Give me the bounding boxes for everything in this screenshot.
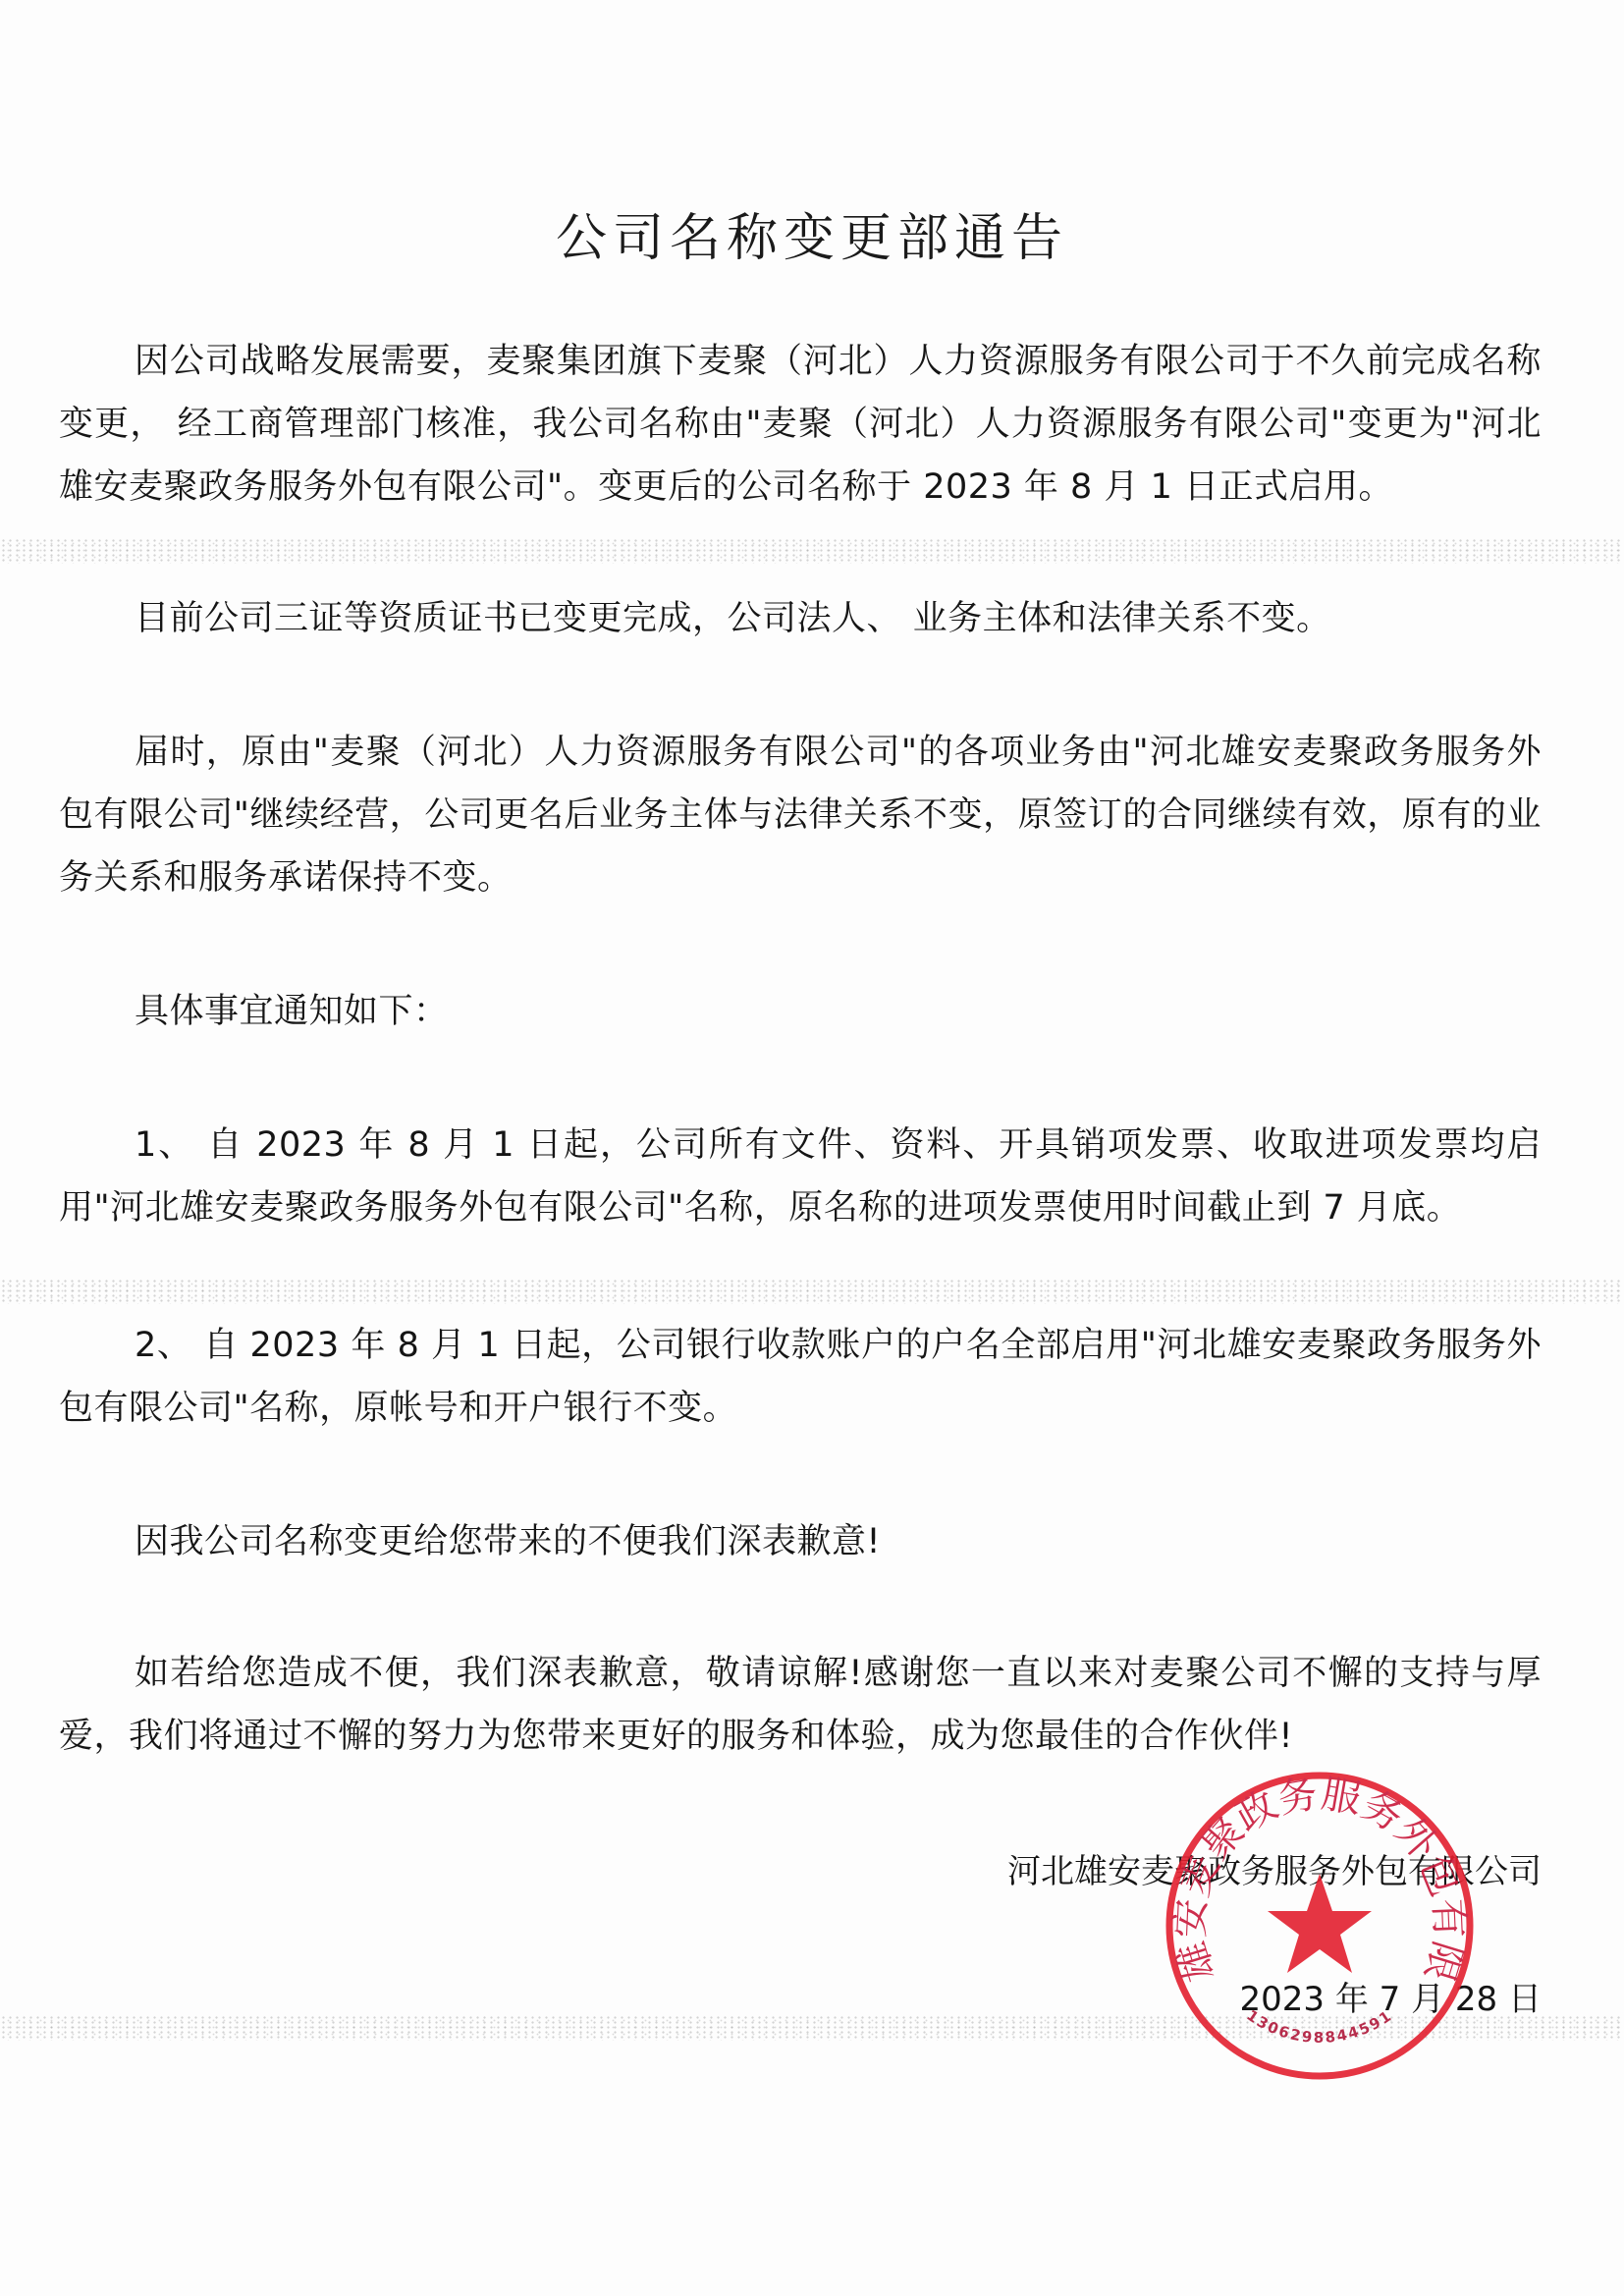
paragraph-closing: 如若给您造成不便，我们深表歉意，敬请谅解!感谢您一直以来对麦聚公司不懈的支持与厚… xyxy=(59,1642,1542,1768)
seal-ring-text: 河北雄安麦聚政务服务外包有限公司 xyxy=(1162,1768,1472,1987)
seal-code-text: 1306298844591 xyxy=(1243,2006,1395,2047)
scan-noise-band xyxy=(0,538,1624,564)
star-icon xyxy=(1268,1874,1372,1973)
paragraph-item-2: 2、 自 2023 年 8 月 1 日起，公司银行收款账户的户名全部启用"河北雄… xyxy=(59,1314,1542,1440)
paragraph-1: 因公司战略发展需要，麦聚集团旗下麦聚（河北）人力资源服务有限公司于不久前完成名称… xyxy=(59,330,1542,519)
document-page: 公司名称变更部通告 因公司战略发展需要，麦聚集团旗下麦聚（河北）人力资源服务有限… xyxy=(0,0,1624,2296)
document-title: 公司名称变更部通告 xyxy=(0,204,1624,273)
paragraph-details-intro: 具体事宜通知如下： xyxy=(59,980,1542,1043)
scan-noise-band xyxy=(0,1279,1624,1304)
paragraph-3: 届时，原由"麦聚（河北）人力资源服务有限公司"的各项业务由"河北雄安麦聚政务服务… xyxy=(59,721,1542,909)
company-seal-stamp: 河北雄安麦聚政务服务外包有限公司 1306298844591 xyxy=(1162,1768,1478,2084)
paragraph-apology: 因我公司名称变更给您带来的不便我们深表歉意! xyxy=(59,1510,1542,1573)
paragraph-2: 目前公司三证等资质证书已变更完成，公司法人、 业务主体和法律关系不变。 xyxy=(59,587,1542,650)
paragraph-item-1: 1、 自 2023 年 8 月 1 日起，公司所有文件、资料、开具销项发票、收取… xyxy=(59,1114,1542,1239)
